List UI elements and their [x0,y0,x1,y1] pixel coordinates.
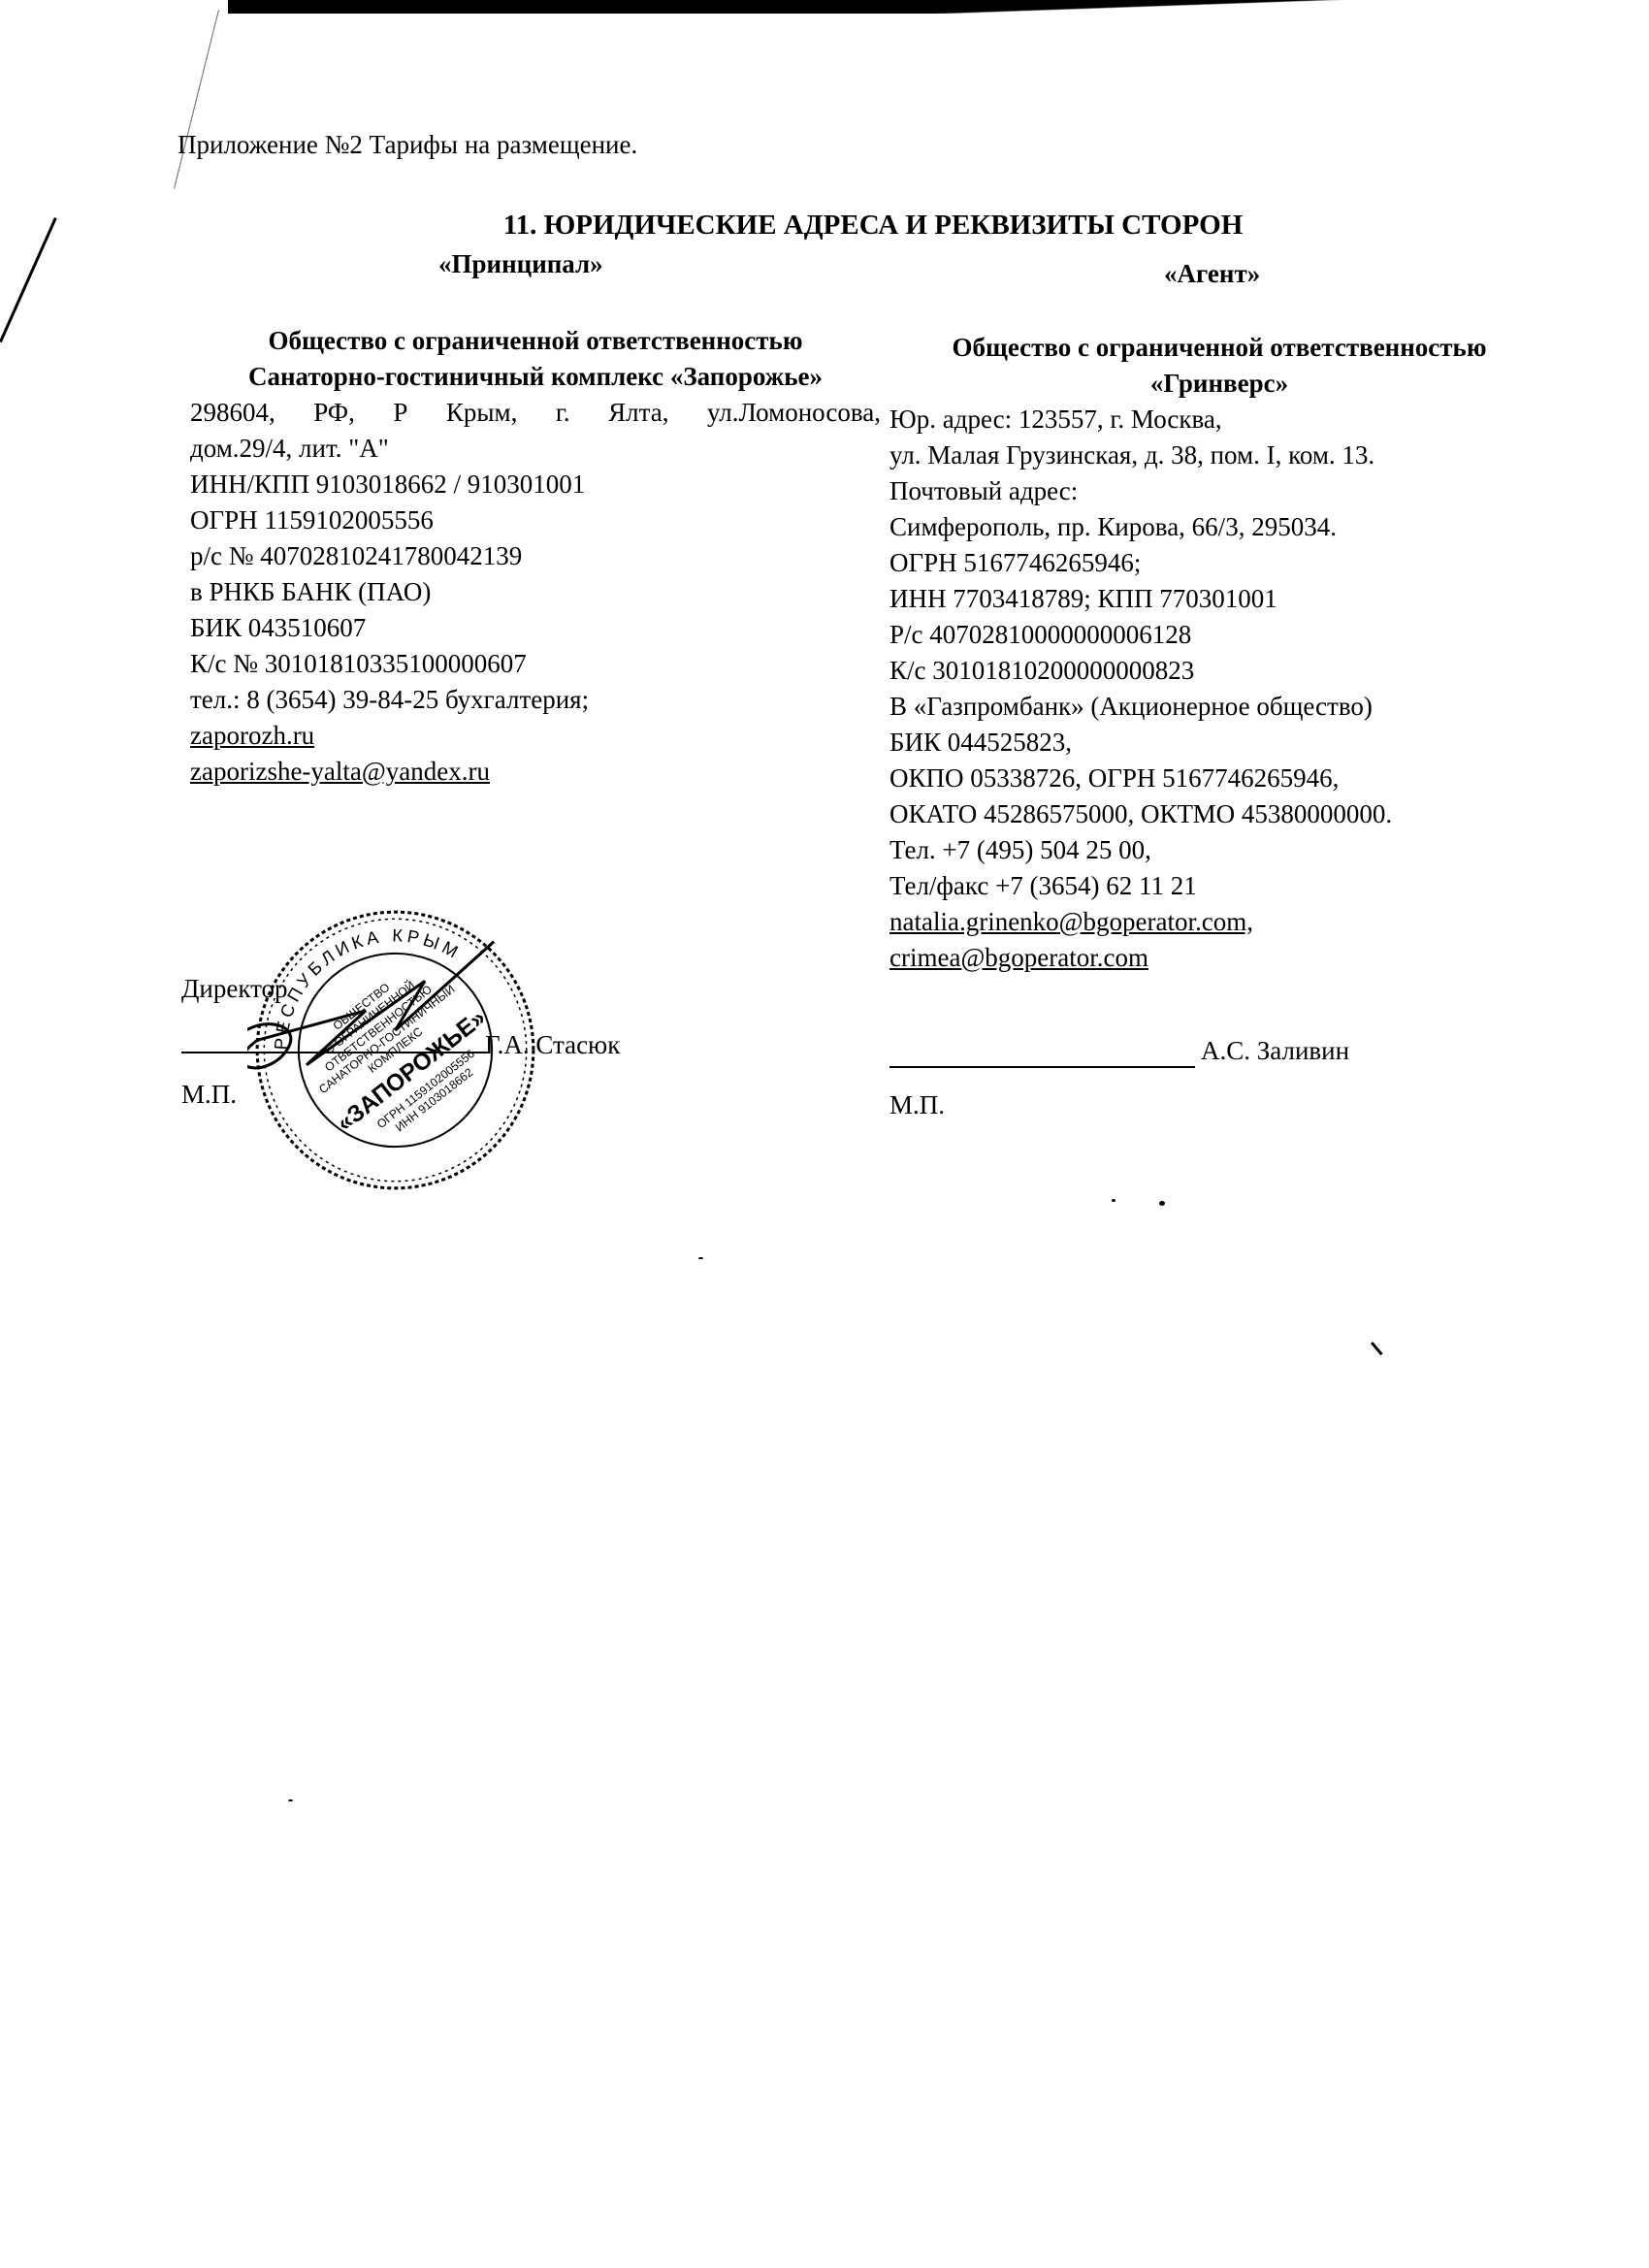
agent-okpo-ogrn: ОКПО 05338726, ОГРН 5167746265946, [889,761,1549,796]
agent-fax: Тел/факс +7 (3654) 62 11 21 [889,868,1549,904]
principal-address-line-2: дом.29/4, лит. "А" [190,431,881,467]
agent-details: Общество с ограниченной ответственностью… [889,330,1549,976]
agent-email-link-2[interactable]: crimea@bgoperator.com [889,943,1148,972]
agent-bank: В «Газпромбанк» (Акционерное общество) [889,689,1549,725]
agent-account: Р/с 40702810000000006128 [889,617,1549,653]
agent-seal-label: М.П. [889,1090,945,1120]
scan-speck [1159,1201,1165,1206]
agent-postal-address: Симферополь, пр. Кирова, 66/3, 295034. [889,509,1549,545]
principal-corr-account: К/с № 30101810335100000607 [190,646,881,682]
principal-inn-kpp: ИНН/КПП 9103018662 / 910301001 [190,467,881,502]
principal-website-link[interactable]: zaporozh.ru [190,721,314,750]
address-part: 298604, [190,395,275,431]
agent-legal-address-2: ул. Малая Грузинская, д. 38, пом. I, ком… [889,437,1549,473]
agent-signatory-name: А.С. Заливин [1201,1036,1349,1066]
address-part: ул.Ломоносова, [707,395,881,431]
agent-okato-oktmo: ОКАТО 45286575000, ОКТМО 45380000000. [889,796,1549,832]
section-title: 11. ЮРИДИЧЕСКИЕ АДРЕСА И РЕКВИЗИТЫ СТОРО… [0,210,1649,242]
agent-postal-label: Почтовый адрес: [889,473,1549,509]
agent-inn-kpp: ИНН 7703418789; КПП 770301001 [889,581,1549,617]
principal-bank: в РНКБ БАНК (ПАО) [190,574,881,610]
scan-speck [1112,1199,1115,1202]
appendix-reference: Приложение №2 Тарифы на размещение. [178,130,637,160]
principal-account: р/с № 40702810241780042139 [190,538,881,574]
agent-legal-address-1: Юр. адрес: 123557, г. Москва, [889,402,1549,437]
scan-speck [288,1799,293,1801]
scan-mark [1371,1342,1383,1355]
scan-speck [698,1257,703,1259]
address-part: Р [393,395,407,431]
principal-address-line-1: 298604, РФ, Р Крым, г. Ялта, ул.Ломоносо… [190,395,881,431]
principal-role-label: «Принципал» [438,249,603,279]
agent-role-label: «Агент» [1164,259,1260,289]
address-part: Крым, [446,395,518,431]
principal-org-name-line-2: Санаторно-гостиничный комплекс «Запорожь… [190,359,881,395]
principal-bik: БИК 043510607 [190,610,881,646]
agent-bik: БИК 044525823, [889,725,1549,761]
agent-ogrn: ОГРН 5167746265946; [889,545,1549,581]
address-part: РФ, [313,395,355,431]
address-part: Ялта, [608,395,668,431]
agent-org-name-line-1: Общество с ограниченной ответственностью [889,330,1549,366]
principal-seal-label: М.П. [181,1080,237,1110]
scan-mark [174,10,219,189]
address-part: г. [556,395,570,431]
scan-edge-artifact [228,0,1649,14]
agent-email-link-1[interactable]: natalia.grinenko@bgoperator.com, [889,907,1253,936]
agent-signature-line [889,1054,1195,1068]
agent-org-name-line-2: «Гринверс» [889,366,1549,402]
agent-corr-account: К/с 30101810200000000823 [889,653,1549,689]
company-seal-stamp: РЕСПУБЛИКА КРЫМ ОБЩЕСТВО С ОГРАНИЧЕННОЙ … [247,902,543,1198]
principal-org-name-line-1: Общество с ограниченной ответственностью [190,323,881,359]
principal-ogrn: ОГРН 1159102005556 [190,502,881,538]
agent-phone: Тел. +7 (495) 504 25 00, [889,832,1549,868]
principal-details: Общество с ограниченной ответственностью… [190,323,881,790]
principal-phone: тел.: 8 (3654) 39-84-25 бухгалтерия; [190,682,881,718]
principal-email-link[interactable]: zaporizshe-yalta@yandex.ru [190,757,490,786]
